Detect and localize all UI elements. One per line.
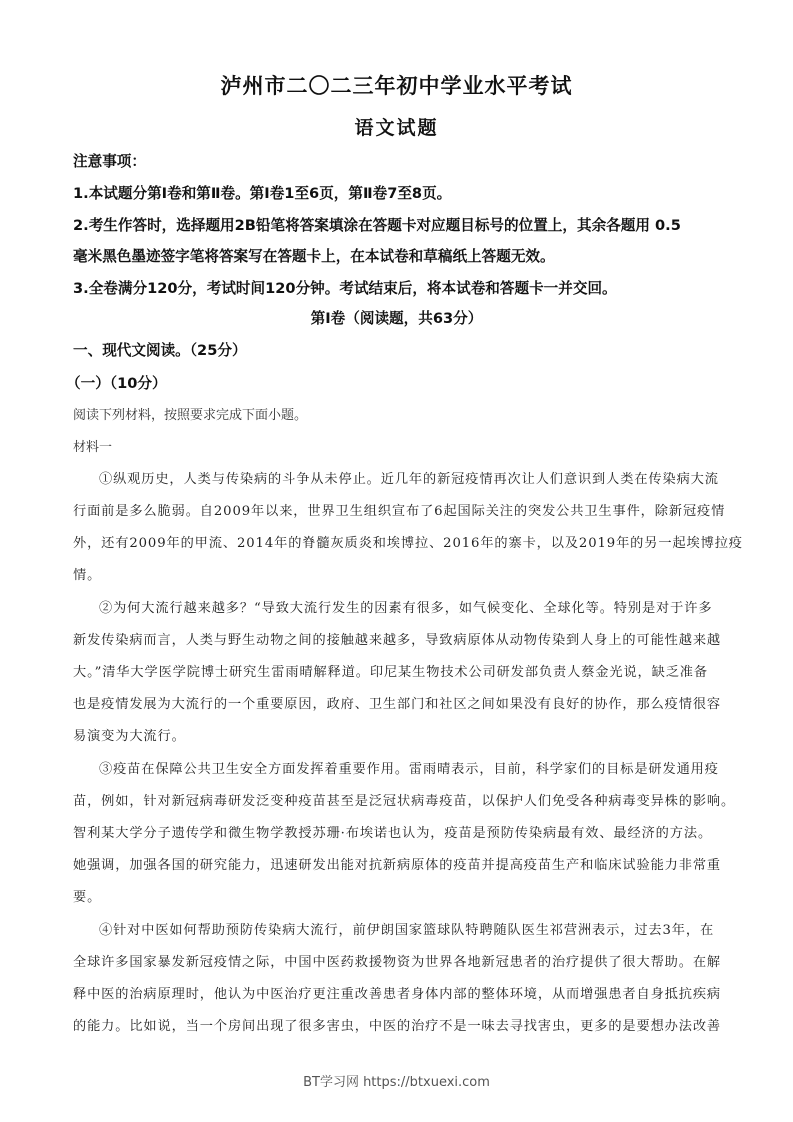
paragraph-3-line: 智利某大学分子遗传学和微生物学教授苏珊·布埃诺也认为，疫苗是预防传染病最有效、最…	[73, 822, 712, 841]
paragraph-3-line: 苗，例如，针对新冠病毒研发泛变种疫苗甚至是泛冠状病毒疫苗，以保护人们免受各种病毒…	[73, 790, 735, 809]
exam-subtitle: 语文试题	[0, 113, 793, 140]
paragraph-2-line: ②为何大流行越来越多？“导致大流行发生的因素有很多，如气候变化、全球化等。特别是…	[99, 597, 712, 616]
section-heading: 一、现代文阅读。（25分）	[73, 339, 247, 360]
subsection-heading: （一）（10分）	[66, 372, 167, 393]
paragraph-4-line: 全球许多国家暴发新冠疫情之际，中国中医药救援物资为世界各地新冠患者的治疗提供了很…	[73, 951, 721, 970]
paragraph-1-line: 行面前是多么脆弱。自2009年以来，世界卫生组织宣布了6起国际关注的突发公共卫生…	[73, 500, 725, 519]
paragraph-1-line: ①纵观历史，人类与传染病的斗争从未停止。近几年的新冠疫情再次让人们意识到人类在传…	[99, 468, 719, 487]
exam-page: 泸州市二〇二三年初中学业水平考试 语文试题 注意事项： 1.本试题分第Ⅰ卷和第Ⅱ…	[0, 0, 793, 1122]
exam-title: 泸州市二〇二三年初中学业水平考试	[0, 70, 793, 100]
paragraph-2-line: 也是疫情发展为大流行的一个重要原因，政府、卫生部门和社区之间如果没有良好的协作，…	[73, 693, 721, 712]
paragraph-1-line: 情。	[73, 564, 101, 583]
notice-item-2: 2.考生作答时，选择题用2B铅笔将答案填涂在答题卡对应题目标号的位置上，其余各题…	[73, 214, 681, 235]
paragraph-3-line: ③疫苗在保障公共卫生安全方面发挥着重要作用。雷雨晴表示，目前，科学家们的目标是研…	[99, 758, 719, 777]
paragraph-3-line: 她强调，加强各国的研究能力，迅速研发出能对抗新病原体的疫苗并提高疫苗生产和临床试…	[73, 854, 721, 873]
paragraph-2-line: 易演变为大流行。	[73, 725, 186, 744]
notice-heading: 注意事项：	[73, 150, 146, 171]
notice-item-3: 3.全卷满分120分，考试时间120分钟。考试结束后，将本试卷和答题卡一并交回。	[73, 277, 617, 298]
notice-item-1: 1.本试题分第Ⅰ卷和第Ⅱ卷。第Ⅰ卷1至6页，第Ⅱ卷7至8页。	[73, 182, 451, 203]
footer-watermark: BT学习网 https://btxuexi.com	[0, 1071, 793, 1090]
paragraph-4-line: 的能力。比如说，当一个房间出现了很多害虫，中医的治疗不是一味去寻找害虫，更多的是…	[73, 1015, 721, 1034]
part1-heading: 第Ⅰ卷（阅读题，共63分）	[0, 307, 793, 328]
paragraph-4-line: 释中医的治病原理时，他认为中医治疗更注重改善患者身体内部的整体环境，从而增强患者…	[73, 983, 721, 1002]
paragraph-4-line: ④针对中医如何帮助预防传染病大流行，前伊朗国家篮球队特聘随队医生祁营洲表示，过去…	[99, 919, 714, 938]
paragraph-1-line: 外，还有2009年的甲流、2014年的脊髓灰质炎和埃博拉、2016年的寨卡，以及…	[73, 532, 743, 551]
notice-item-2-cont: 毫米黑色墨迹签字笔将答案写在答题卡上，在本试卷和草稿纸上答题无效。	[73, 245, 555, 266]
instruction-text: 阅读下列材料，按照要求完成下面小题。	[73, 404, 307, 423]
paragraph-3-line: 要。	[73, 886, 101, 905]
material-label: 材料一	[73, 436, 112, 455]
paragraph-2-line: 新发传染病而言，人类与野生动物之间的接触越来越多，导致病原体从动物传染到人身上的…	[73, 629, 721, 648]
paragraph-2-line: 大。”清华大学医学院博士研究生雷雨晴解释道。印尼某生物技术公司研发部负责人蔡金光…	[73, 661, 708, 680]
